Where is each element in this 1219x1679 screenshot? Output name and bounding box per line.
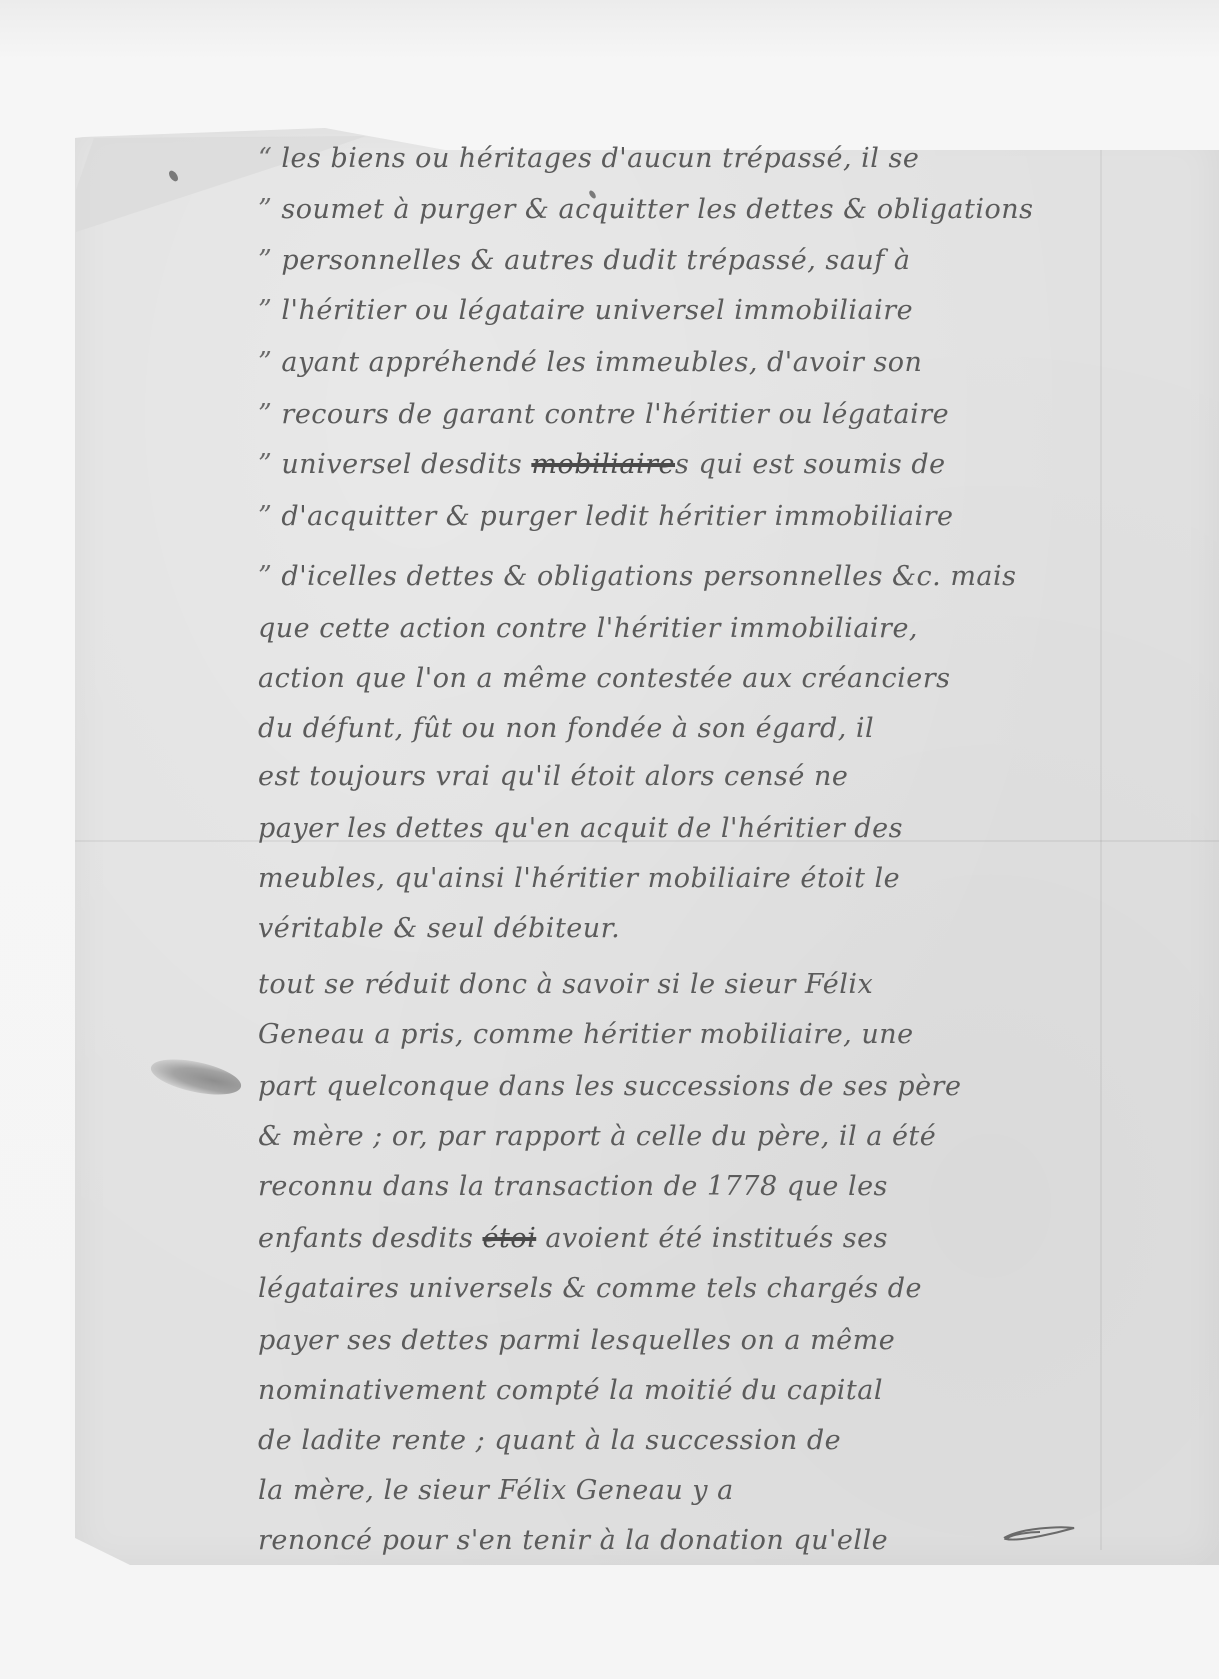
quote-mark: “ [258,143,272,174]
line-text: meubles, qu'ainsi l'héritier mobiliaire … [258,863,900,894]
quote-mark: ” [258,245,272,276]
line-text-continued: avoient été institués ses [545,1223,888,1254]
quote-mark: ” [258,399,272,430]
line-text: les biens ou héritages d'aucun trépassé,… [281,143,919,174]
manuscript-line: de ladite rente ; quant à la succession … [258,1424,1108,1458]
manuscript-line: ” personnelles & autres dudit trépassé, … [258,244,1108,278]
line-text: universel desdits [281,449,522,480]
line-text-continued: s qui est [675,449,795,480]
line-text: & mère ; or, par rapport à celle du père… [258,1121,936,1152]
struck-word: mobiliaire [531,449,675,480]
quote-mark: ” [258,295,272,326]
line-text: payer les dettes qu'en acquit de l'hérit… [258,813,903,844]
quote-mark: ” [258,501,272,532]
manuscript-line: “ les biens ou héritages d'aucun trépass… [258,142,1108,176]
manuscript-line: ” ayant appréhendé les immeubles, d'avoi… [258,346,1108,380]
pen-flourish-icon [1000,1524,1078,1542]
line-text: la mère, le sieur Félix Geneau y a [258,1475,734,1506]
manuscript-line: du défunt, fût ou non fondée à son égard… [258,712,1108,746]
line-text: véritable & seul débiteur. [258,913,620,944]
line-text: d'icelles dettes & obligations personnel… [281,561,1016,592]
manuscript-line: la mère, le sieur Félix Geneau y a [258,1474,1108,1508]
quote-mark: ” [258,194,272,225]
manuscript-text: “ les biens ou héritages d'aucun trépass… [0,0,1219,1679]
manuscript-line: légataires universels & comme tels charg… [258,1272,1108,1306]
manuscript-line: meubles, qu'ainsi l'héritier mobiliaire … [258,862,1108,896]
line-text: nominativement compté la moitié du capit… [258,1375,883,1406]
line-text: l'héritier ou légataire universel immobi… [281,295,913,326]
manuscript-line: renoncé pour s'en tenir à la donation qu… [258,1524,1108,1558]
manuscript-line: payer ses dettes parmi lesquelles on a m… [258,1324,1108,1358]
line-text: action que l'on a même contestée aux cré… [258,663,951,694]
manuscript-line: part quelconque dans les successions de … [258,1070,1108,1104]
manuscript-line: reconnu dans la transaction de 1778 que … [258,1170,1108,1204]
manuscript-line: que cette action contre l'héritier immob… [258,612,1108,646]
line-text: renoncé pour s'en tenir à la donation qu… [258,1525,888,1556]
line-text: du défunt, fût ou non fondée à son égard… [258,713,874,744]
manuscript-line: ” l'héritier ou légataire universel immo… [258,294,1108,328]
underlined-text: ledit héritier immobiliaire [585,501,953,534]
line-text: de ladite rente ; quant à la succession … [258,1425,841,1456]
line-text: tout se réduit donc à savoir si le sieur… [258,969,873,1000]
manuscript-line: est toujours vrai qu'il étoit alors cens… [258,760,1108,794]
struck-word: étoi [482,1223,536,1254]
manuscript-line: ” d'acquitter & purger ledit héritier im… [258,500,1108,534]
manuscript-line: ” recours de garant contre l'héritier ou… [258,398,1108,432]
line-text: est toujours vrai qu'il étoit alors cens… [258,761,848,792]
line-text: d'acquitter & purger [281,501,576,532]
line-text: part quelconque dans les successions de … [258,1071,961,1102]
manuscript-line: & mère ; or, par rapport à celle du père… [258,1120,1108,1154]
line-text: que cette action contre l'héritier immob… [258,613,918,644]
line-text: personnelles & autres dudit trépassé, sa… [281,245,910,276]
manuscript-line: action que l'on a même contestée aux cré… [258,662,1108,696]
underlined-text: soumis de [804,449,946,482]
line-text: payer ses dettes parmi lesquelles on a m… [258,1325,895,1356]
line-text: soumet à purger & acquitter les dettes &… [281,194,1033,225]
manuscript-line: véritable & seul débiteur. [258,912,1108,946]
line-text: Geneau a pris, comme héritier mobiliaire… [258,1019,914,1050]
line-text: recours de garant contre l'héritier ou l… [281,399,949,430]
line-text: enfants desdits [258,1223,473,1254]
manuscript-line: ” d'icelles dettes & obligations personn… [258,560,1108,594]
manuscript-line: ” universel desdits mobiliaires qui est … [258,448,1108,482]
quote-mark: ” [258,347,272,378]
line-text: légataires universels & comme tels charg… [258,1273,922,1304]
quote-mark: ” [258,561,272,592]
quote-mark: ” [258,449,272,480]
manuscript-line: nominativement compté la moitié du capit… [258,1374,1108,1408]
line-text: reconnu dans la transaction de 1778 que … [258,1171,888,1202]
manuscript-line: ” soumet à purger & acquitter les dettes… [258,193,1108,227]
manuscript-line: payer les dettes qu'en acquit de l'hérit… [258,812,1108,846]
manuscript-line: tout se réduit donc à savoir si le sieur… [258,968,1108,1002]
manuscript-line: Geneau a pris, comme héritier mobiliaire… [258,1018,1108,1052]
manuscript-line: enfants desdits étoi avoient été institu… [258,1222,1108,1256]
line-text: ayant appréhendé les immeubles, d'avoir … [281,347,922,378]
